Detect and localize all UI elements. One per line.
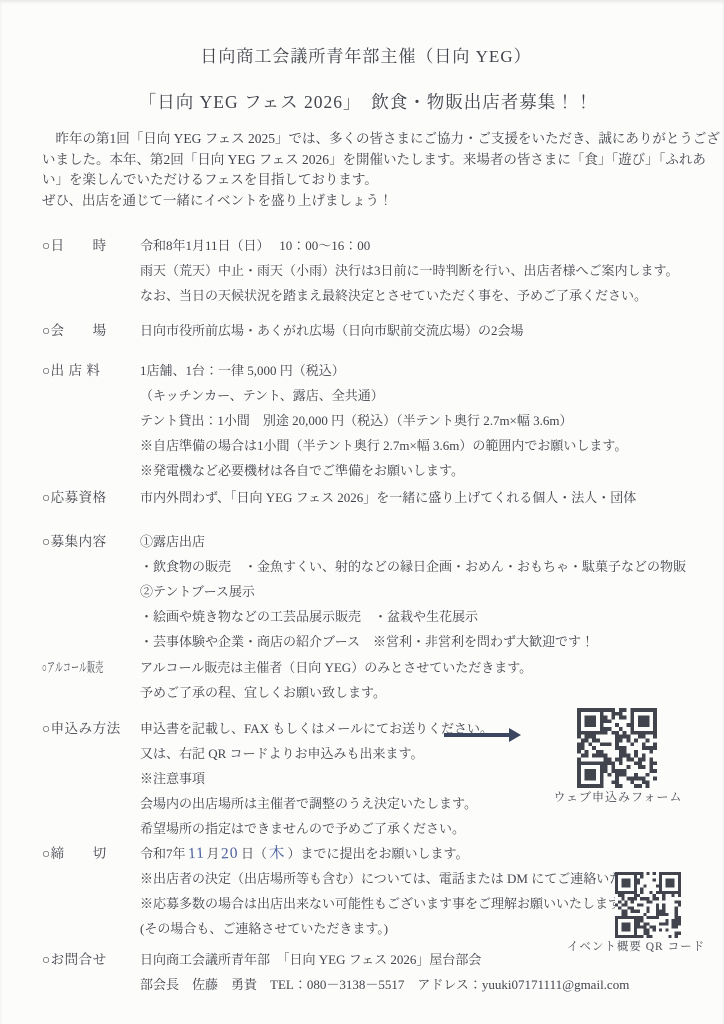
section-eligibility: ○応募資格 市内外問わず、「日向 YEG フェス 2026」を一緒に盛り上げてく… [42,485,690,510]
deadline-date-line: 令和7年11月20日（木）までに提出をお願いします。 [140,841,690,866]
venue-line: 日向市役所前広場・あくがれ広場（日向市駅前交流広場）の2会場 [140,318,690,343]
handwritten-month: 11 [185,840,207,866]
handwritten-weekday: 木 [266,840,288,866]
intro-line: いました。本年、第2回「日向 YEG フェス 2026」を開催いたします。来場者… [42,150,690,171]
eligibility-line: 市内外問わず、「日向 YEG フェス 2026」を一緒に盛り上げてくれる個人・法… [140,485,690,510]
datetime-line: 雨天（荒天）中止・雨天（小雨）決行は3日前に一時判断を行い、出店者様へご案内しま… [140,258,690,283]
section-fee: ○出 店 料 1店舗、1台：一律 5,000 円（税込） （キッチンカー、テント… [42,358,690,483]
recruit-line: ②テントブース展示 [140,579,690,604]
section-body-recruit-contents: ①露店出店 ・飲食物の販売 ・金魚すくい、射的などの縁日企画・おめん・おもちゃ・… [140,529,690,654]
deadline-printed-text: 令和7年 [140,846,186,861]
section-label-alcohol: ○アルコール販売 [42,655,140,680]
fee-line: （キッチンカー、テント、露店、全共通） [140,383,690,408]
fee-line: テント貸出：1小間 別途 20,000 円（税込）（半テント奥行 2.7m×幅 … [140,408,690,433]
qr-code-event-overview [615,872,681,938]
section-body-eligibility: 市内外問わず、「日向 YEG フェス 2026」を一緒に盛り上げてくれる個人・法… [140,485,690,510]
fee-line: ※自店準備の場合は1小間（半テント奥行 2.7m×幅 3.6m）の範囲内でお願い… [140,433,690,458]
application-line: 希望場所の指定はできませんので予めご了承ください。 [140,816,690,841]
section-body-datetime: 令和8年1月11日（日） 10：00～16：00 雨天（荒天）中止・雨天（小雨）… [140,233,690,308]
recruit-line: ・芸事体験や企業・商店の紹介ブース ※営利・非営利を問わず大歓迎です！ [140,629,690,654]
page-title: 「日向 YEG フェス 2026」 飲食・物販出店者募集！！ [42,91,690,113]
section-label-venue: ○会 場 [42,318,140,343]
section-label-deadline: ○締 切 [42,841,140,866]
qr-label-web-form: ウェブ申込みフォーム [537,788,699,805]
section-alcohol: ○アルコール販売 アルコール販売は主催者（日向 YEG）のみとさせていただきます… [42,655,690,705]
section-label-contact: ○お問合せ [42,947,140,972]
deadline-note-line: ※出店者の決定（出店場所等も含む）については、電話または DM にてご連絡いたし… [140,866,690,891]
recruit-line: ①露店出店 [140,529,690,554]
fee-line: ※発電機など必要機材は各自でご準備をお願いします。 [140,458,690,483]
recruit-line: ・絵画や焼き物などの工芸品展示販売 ・盆栽や生花展示 [140,604,690,629]
intro-line: い」を楽しんでいただけるフェスを目指しております。 [42,170,690,191]
datetime-line: 令和8年1月11日（日） 10：00～16：00 [140,233,690,258]
section-deadline: ○締 切 令和7年11月20日（木）までに提出をお願いします。 ※出店者の決定（… [42,841,690,941]
section-label-application: ○申込み方法 [42,716,140,741]
section-label-datetime: ○日 時 [42,233,140,258]
section-label-eligibility: ○応募資格 [42,485,140,510]
scanned-flyer-page: 日向商工会議所青年部主催（日向 YEG） 「日向 YEG フェス 2026」 飲… [0,0,724,1024]
qr-code-web-application-form [577,708,657,788]
handwritten-day: 20 [219,840,242,866]
intro-line: 昨年の第1回「日向 YEG フェス 2025」では、多くの皆さまにご協力・ご支援… [42,129,690,150]
contact-line: 部会長 佐藤 勇貴 TEL：080－3138－5517 アドレス：yuuki07… [140,972,690,997]
deadline-printed-text: ）までに提出をお願いします。 [288,846,469,861]
section-body-deadline: 令和7年11月20日（木）までに提出をお願いします。 ※出店者の決定（出店場所等… [140,841,690,941]
datetime-line: なお、当日の天候状況を踏まえ最終決定とさせていただく事を、予めご了承ください。 [140,283,690,308]
section-contact: ○お問合せ 日向商工会議所青年部 「日向 YEG フェス 2026」屋台部会 部… [42,947,690,997]
section-label-fee: ○出 店 料 [42,358,140,383]
alcohol-line: アルコール販売は主催者（日向 YEG）のみとさせていただきます。 [140,655,690,680]
section-datetime: ○日 時 令和8年1月11日（日） 10：00～16：00 雨天（荒天）中止・雨… [42,233,690,308]
alcohol-line: 予めご了承の程、宜しくお願い致します。 [140,680,690,705]
section-body-venue: 日向市役所前広場・あくがれ広場（日向市駅前交流広場）の2会場 [140,318,690,343]
flyer-content: 日向商工会議所青年部主催（日向 YEG） 「日向 YEG フェス 2026」 飲… [0,0,690,997]
deadline-note-line: ※応募多数の場合は出店出来ない可能性もございます事をご理解お願いいたします。 [140,891,690,916]
arrow-right-icon [444,733,510,737]
section-label-recruit-contents: ○募集内容 [42,529,140,554]
organizer-title: 日向商工会議所青年部主催（日向 YEG） [42,46,690,67]
intro-line: ぜひ、出店を通じて一緒にイベントを盛り上げましょう！ [42,191,690,212]
section-recruit-contents: ○募集内容 ①露店出店 ・飲食物の販売 ・金魚すくい、射的などの縁日企画・おめん… [42,529,690,654]
deadline-printed-text: 日（ [241,846,267,861]
fee-line: 1店舗、1台：一律 5,000 円（税込） [140,358,690,383]
section-body-fee: 1店舗、1台：一律 5,000 円（税込） （キッチンカー、テント、露店、全共通… [140,358,690,483]
qr-label-event-overview: イベント概要 QR コード [551,938,721,954]
section-venue: ○会 場 日向市役所前広場・あくがれ広場（日向市駅前交流広場）の2会場 [42,318,690,343]
section-label-alcohol-text: ○アルコール販売 [42,655,103,680]
deadline-printed-text: 月 [206,846,219,861]
recruit-line: ・飲食物の販売 ・金魚すくい、射的などの縁日企画・おめん・おもちゃ・駄菓子などの… [140,554,690,579]
section-body-contact: 日向商工会議所青年部 「日向 YEG フェス 2026」屋台部会 部会長 佐藤 … [140,947,690,997]
section-body-alcohol: アルコール販売は主催者（日向 YEG）のみとさせていただきます。 予めご了承の程… [140,655,690,705]
intro-paragraph: 昨年の第1回「日向 YEG フェス 2025」では、多くの皆さまにご協力・ご支援… [42,129,690,211]
